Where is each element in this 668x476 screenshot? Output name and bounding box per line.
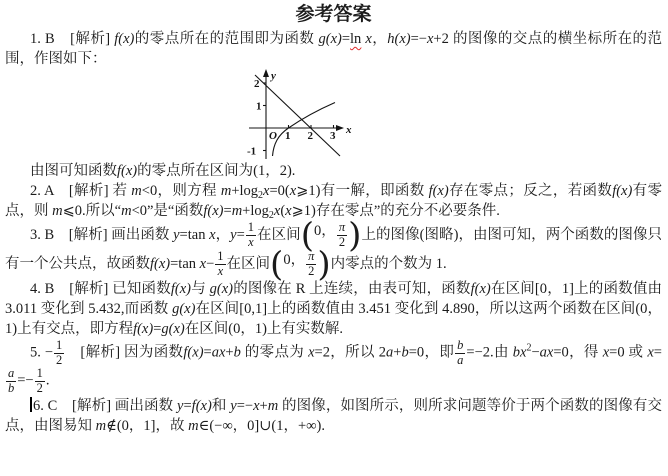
text-run: f(x) (203, 203, 223, 219)
text-run: − (531, 344, 539, 360)
text-run: =0，即 (409, 344, 454, 360)
text-run: =0 或 (609, 344, 647, 360)
text-run: +log (242, 203, 269, 219)
answer-6-paragraph: 6. C [解析] 画出函数 y=f(x)和 y=−x+m 的图像，如图所示，则… (5, 396, 662, 436)
fraction: π2 (337, 221, 347, 250)
text-run: =0( (269, 183, 289, 199)
text-run: ax (540, 344, 554, 360)
answer-3-paragraph: 3. B [解析] 画出函数 y=tan x，y=1x在区间(0，π2)上的图像… (5, 221, 662, 279)
text-run: f(x) (612, 183, 632, 199)
fraction: 1x (246, 221, 256, 250)
y-axis-arrow (263, 69, 269, 77)
text-run: 0， (314, 223, 336, 239)
page-title: 参考答案 (5, 3, 662, 26)
text-run: +log (231, 183, 258, 199)
text-run: . (46, 373, 50, 389)
x-tick-3-label: 3 (330, 130, 336, 142)
text-run: ， (216, 227, 231, 243)
text-run: m (188, 418, 198, 434)
text-run: = (237, 227, 245, 243)
text-run: b (234, 344, 241, 360)
fraction: 12 (54, 339, 64, 368)
answer-5-paragraph: 5. −12 [解析] 因为函数f(x)=ax+b 的零点为 x=2，所以 2a… (5, 339, 662, 396)
y-tick-neg1-label: -1 (247, 146, 256, 158)
text-run: = (654, 344, 662, 360)
text-run: 0， (283, 252, 305, 268)
text-run: ⩾1)存在零点”的充分不必要条件. (292, 203, 500, 219)
text-run: m (232, 203, 242, 219)
fraction: 1x (215, 250, 225, 279)
y-tick-2-label: 2 (254, 78, 260, 90)
text-run: 3. B [解析] 画出函数 (30, 227, 173, 243)
text-run: g(x) (210, 281, 233, 297)
text-run: 的零点所在的范围即为函数 (134, 31, 318, 47)
text-run: 与 (191, 281, 210, 297)
text-run: 6. C [解析] 画出函数 (33, 398, 177, 414)
fraction: π2 (306, 250, 316, 279)
text-run: f(x) (150, 256, 170, 272)
x-tick-1-label: 1 (285, 130, 291, 142)
text-run: 和 (212, 398, 231, 414)
text-run: [解析] 因为函数 (65, 344, 183, 360)
text-run: = (204, 344, 212, 360)
text-run: ⩽0.所以“ (63, 203, 121, 219)
text-run: = (342, 31, 350, 47)
text-run: f(x) (429, 183, 449, 199)
text-run: m (52, 203, 62, 219)
text-run: 2. A [解析] 若 (30, 183, 131, 199)
text-run: + (260, 398, 268, 414)
text-run: =tan (180, 227, 210, 243)
text-run: ∉(0，1]，故 (106, 418, 188, 434)
text-run: ， (372, 31, 387, 47)
y-axis-label: y (269, 70, 276, 82)
q1-graph-figure: 2 1 -1 O 1 2 3 y x (233, 68, 662, 161)
text-run: ⩾1)有一解，即函数 (296, 183, 428, 199)
text-run: =− (411, 31, 427, 47)
text-run: m (131, 183, 141, 199)
text-cursor (30, 397, 32, 412)
answer-6-text: 6. C [解析] 画出函数 y=f(x)和 y=−x+m 的图像，如图所示，则… (5, 398, 662, 434)
text-run: m (221, 183, 231, 199)
text-run: 由图可知函数 (30, 163, 117, 179)
text-run: h(x) (387, 31, 410, 47)
text-run: 的零点为 (241, 344, 308, 360)
fraction: ab (6, 367, 16, 396)
answer-1-paragraph: 1. B [解析] f(x)的零点所在的范围即为函数 g(x)=ln x，h(x… (5, 29, 662, 69)
y-tick-1-label: 1 (256, 101, 262, 113)
text-run: <0，则方程 (142, 183, 221, 199)
text-run: ∈(−∞，0]∪(1，+∞). (199, 418, 325, 434)
text-run: f(x) (183, 344, 203, 360)
document-page: 参考答案 1. B [解析] f(x)的零点所在的范围即为函数 g(x)=ln … (0, 0, 668, 436)
origin-label: O (269, 130, 277, 142)
text-run: 4. B [解析] 已知函数 (30, 281, 171, 297)
text-run: =− (17, 373, 33, 389)
text-run: b (401, 344, 408, 360)
answer-1-conclusion: 由图可知函数f(x)的零点所在区间为(1，2). (5, 161, 662, 181)
text-run: ln (350, 31, 361, 47)
text-run: g(x) (172, 301, 195, 317)
ln-curve (273, 103, 336, 157)
x-tick-2-label: 2 (308, 130, 314, 142)
text-run: = (183, 398, 191, 414)
text-run: = (224, 203, 232, 219)
text-run: 的图像在 R 上连续，由表可知，函数 (233, 281, 471, 297)
text-run: f(x) (192, 398, 212, 414)
answer-4-paragraph: 4. B [解析] 已知函数f(x)与 g(x)的图像在 R 上连续，由表可知，… (5, 279, 662, 339)
text-run: f(x) (171, 281, 191, 297)
text-run: =−2.由 (466, 344, 512, 360)
text-run: f(x) (133, 321, 153, 337)
text-run: f(x) (471, 281, 491, 297)
text-run: − (206, 256, 214, 272)
text-run: ax (212, 344, 226, 360)
text-run: m (96, 418, 106, 434)
text-run: 5. − (30, 344, 53, 360)
text-run: 存在零点；反之，若函数 (449, 183, 613, 199)
answer-2-paragraph: 2. A [解析] 若 m<0，则方程 m+log2x=0(x⩾1)有一解，即函… (5, 181, 662, 221)
text-run: 1. B [解析] (30, 31, 114, 47)
text-run: 内零点的个数为 1. (331, 256, 447, 272)
text-run: =0，得 (553, 344, 602, 360)
q1-graph: 2 1 -1 O 1 2 3 y x (233, 68, 383, 161)
text-run: f(x) (114, 31, 134, 47)
text-run: m (268, 398, 278, 414)
text-run: 在区间 (257, 227, 301, 243)
text-run: =− (237, 398, 253, 414)
fraction: ba (455, 339, 465, 368)
text-run: <0”是“函数 (132, 203, 204, 219)
text-run: + (225, 344, 233, 360)
text-run: g(x) (319, 31, 342, 47)
text-run: f(x) (117, 163, 137, 179)
text-run: =tan (170, 256, 200, 272)
x-axis-label: x (345, 124, 352, 136)
text-run: ) (348, 215, 361, 255)
fraction: 12 (35, 367, 45, 396)
text-run: 在区间 (227, 256, 271, 272)
x-axis-arrow (336, 125, 344, 131)
text-run: g(x) (161, 321, 184, 337)
text-run: bx (513, 344, 527, 360)
text-run: m (121, 203, 131, 219)
text-run: =2，所以 2 (315, 344, 386, 360)
text-run: 在区间(0，1)上有实数解. (185, 321, 343, 337)
text-run: 的零点所在区间为(1，2). (137, 163, 295, 179)
line-h-curve (255, 75, 340, 156)
